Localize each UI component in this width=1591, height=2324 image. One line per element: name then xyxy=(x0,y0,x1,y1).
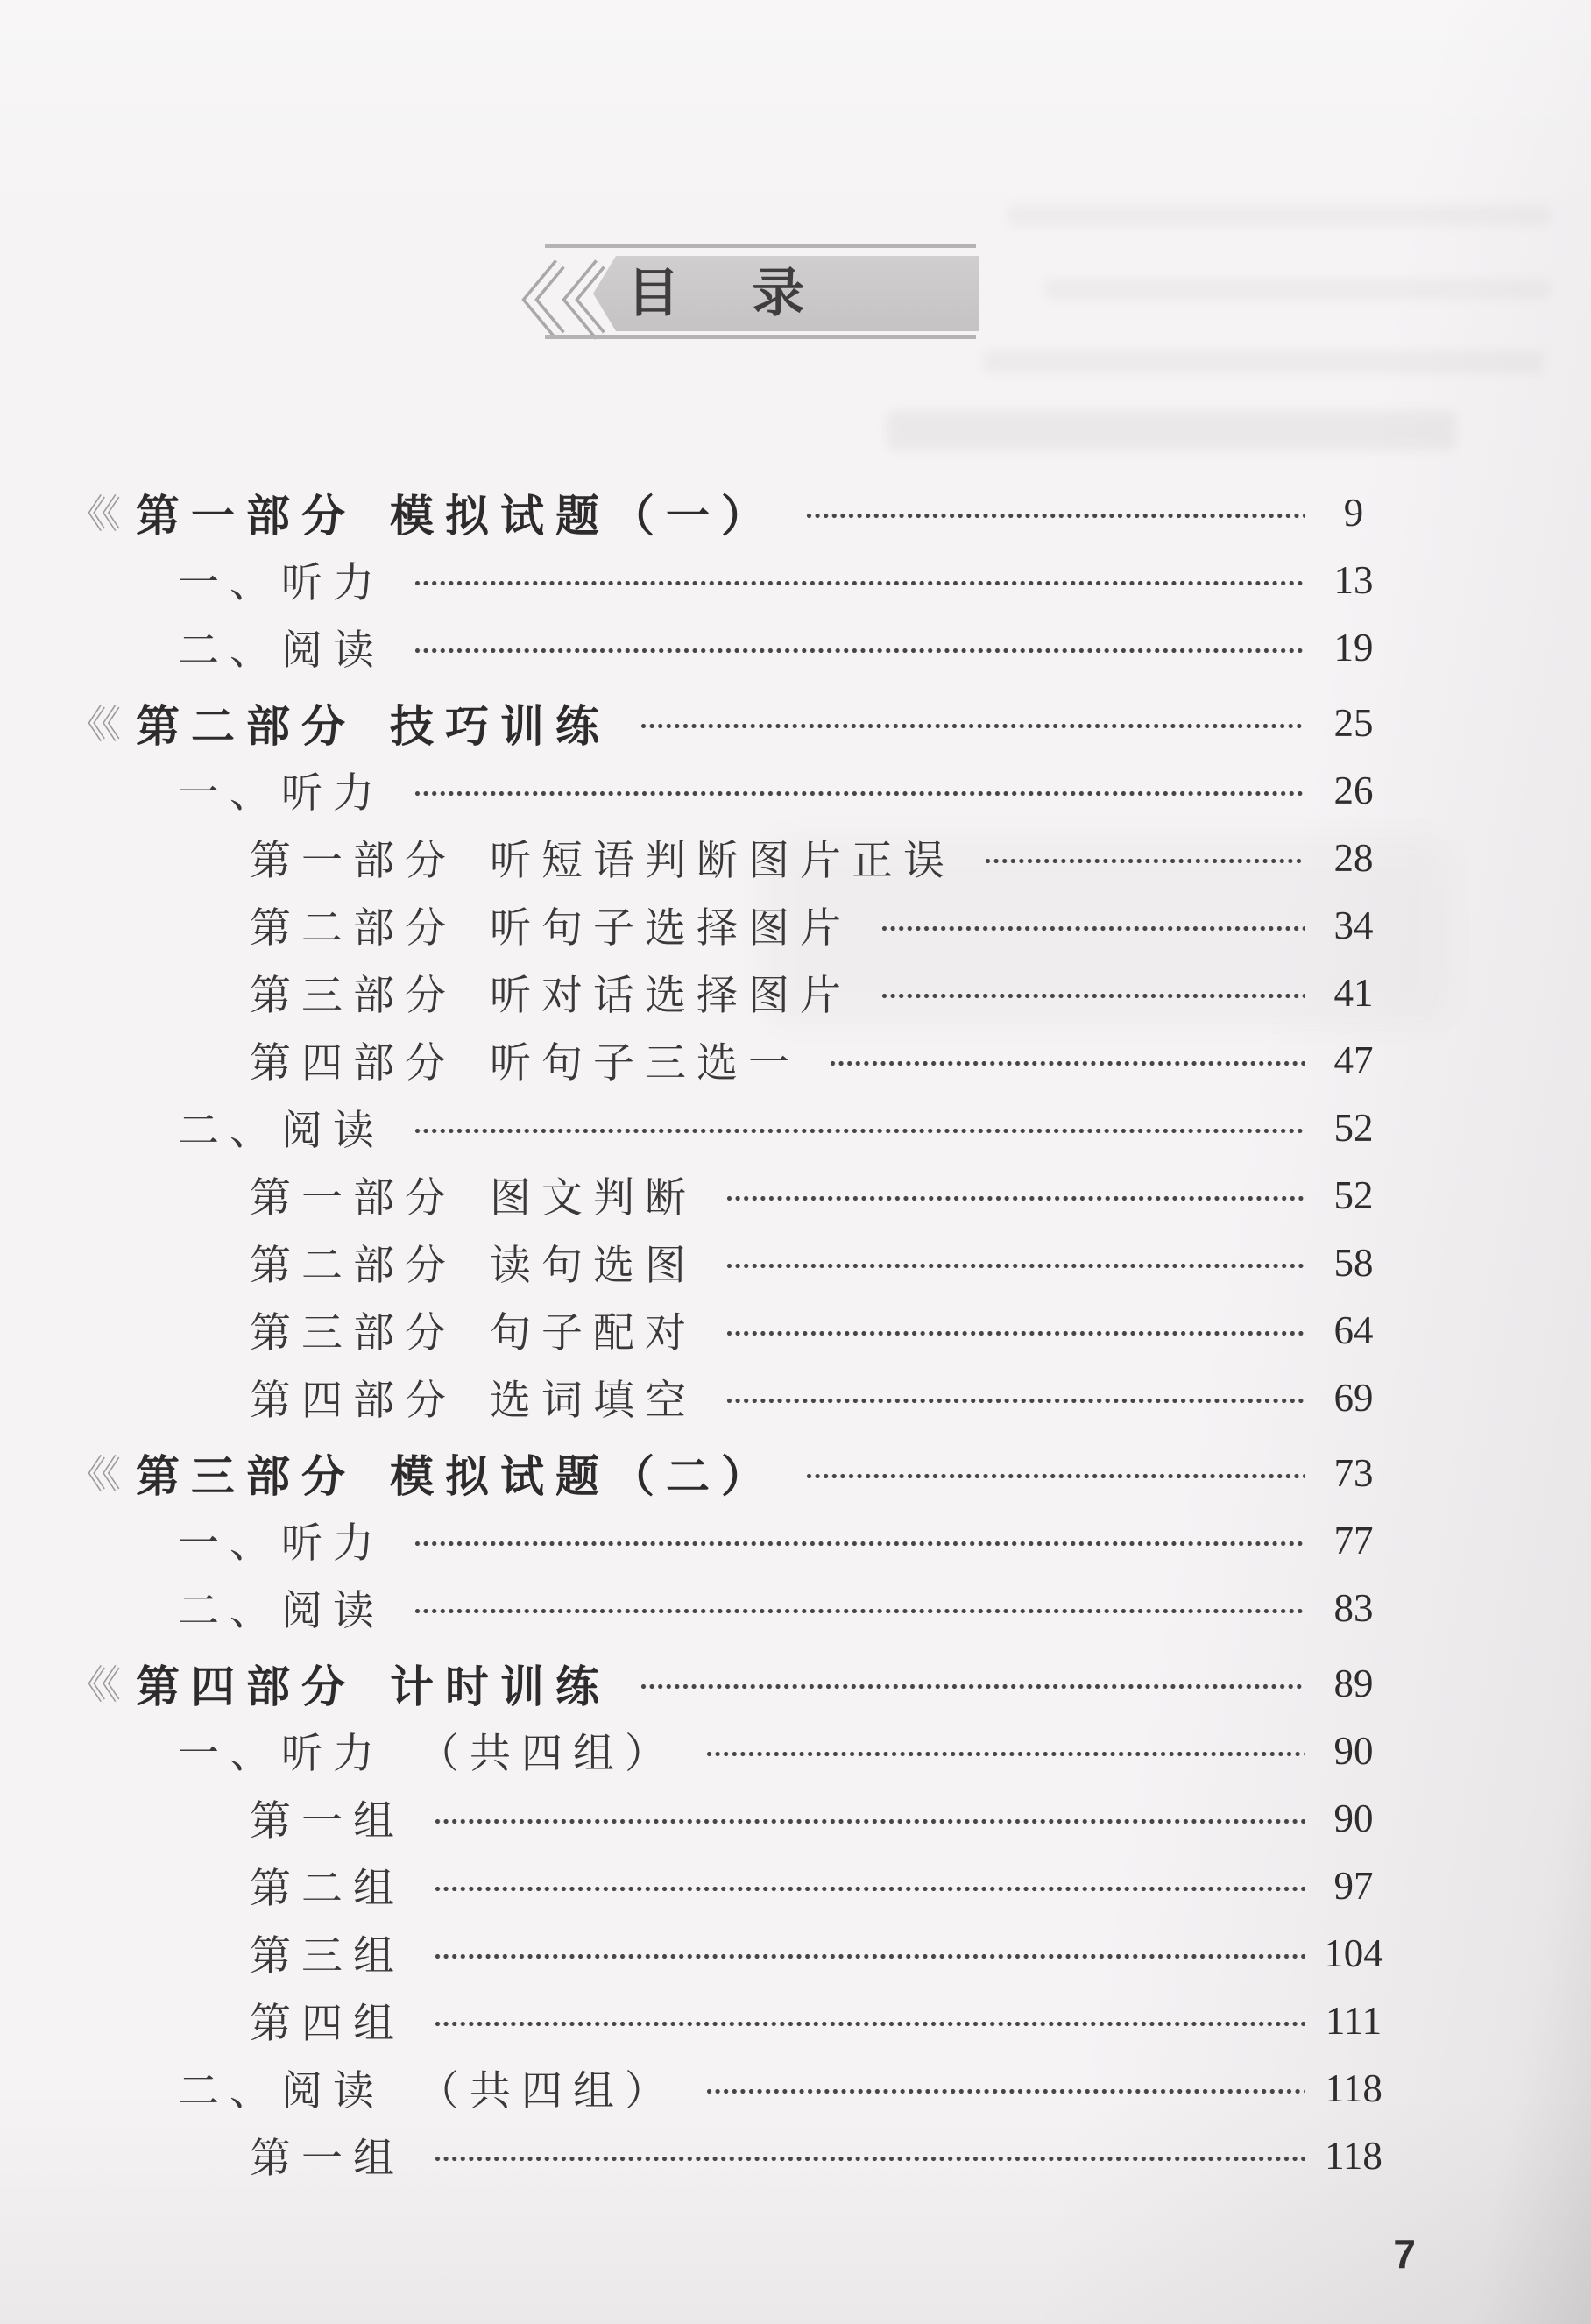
toc-row: 第一部分 图文判断 52 xyxy=(0,1161,1591,1229)
leader-dots xyxy=(435,2021,1305,2027)
leader-dots xyxy=(706,1751,1305,1757)
leader-dots xyxy=(640,1683,1305,1690)
toc-entry-title: 句子配对 xyxy=(490,1300,697,1359)
toc-entry-title: 读句选图 xyxy=(490,1233,697,1292)
toc-entry-label: 一、听力 xyxy=(178,550,385,609)
banner-top-rule xyxy=(545,244,976,248)
toc-entry-label: 一、听力 xyxy=(178,761,385,819)
toc-entry-title: 选词填空 xyxy=(490,1368,697,1427)
leader-dots xyxy=(414,790,1305,797)
leader-dots xyxy=(830,1060,1305,1066)
toc-entry-page-number: 64 xyxy=(1305,1307,1402,1353)
toc-entry-page-number: 26 xyxy=(1305,768,1402,813)
leader-dots xyxy=(640,723,1305,729)
leader-dots xyxy=(435,1886,1305,1892)
toc-row: 二、阅读 83 xyxy=(0,1574,1591,1641)
toc-entry-page-number: 69 xyxy=(1305,1375,1402,1421)
toc-row: 一、听力 13 xyxy=(0,546,1591,613)
toc-entry-page-number: 118 xyxy=(1305,2133,1402,2179)
leader-dots xyxy=(726,1330,1305,1336)
toc-row: 一、听力 26 xyxy=(0,756,1591,824)
leader-dots xyxy=(985,858,1305,864)
toc-row: 第二部分 听句子选择图片 34 xyxy=(0,891,1591,959)
leader-dots xyxy=(726,1263,1305,1269)
banner-band: 目 录 xyxy=(593,256,979,331)
toc-entry-label: 第一部分 xyxy=(250,828,456,887)
bleed-through-ghost xyxy=(1008,205,1551,226)
toc-entry-page-number: 73 xyxy=(1305,1450,1402,1496)
toc-entry-page-number: 52 xyxy=(1305,1105,1402,1151)
toc-row: 第四组 111 xyxy=(0,1987,1591,2054)
bleed-through-ghost xyxy=(887,410,1456,450)
leader-dots xyxy=(414,1128,1305,1134)
toc-entry-label: 二、阅读 xyxy=(178,618,385,677)
toc-entry-page-number: 52 xyxy=(1305,1173,1402,1218)
leader-dots xyxy=(435,1953,1305,1959)
leader-dots xyxy=(414,1608,1305,1614)
toc-row: 二、阅读 52 xyxy=(0,1094,1591,1161)
toc-entry-title: （共四组） xyxy=(418,1721,676,1780)
toc-entry-title: 听对话选择图片 xyxy=(490,963,852,1022)
toc-entry-page-number: 104 xyxy=(1305,1931,1402,1976)
toc-row: 一、听力 77 xyxy=(0,1506,1591,1574)
toc-entry-label: 第二部分 xyxy=(136,691,357,755)
toc-row: 第三组 104 xyxy=(0,1919,1591,1987)
toc-entry-page-number: 77 xyxy=(1305,1518,1402,1563)
bleed-through-ghost xyxy=(983,351,1544,373)
toc-entry-label: 第二组 xyxy=(250,1856,405,1915)
leader-dots xyxy=(806,513,1305,519)
toc-entry-title: 模拟试题（二） xyxy=(390,1442,776,1505)
toc-entry-page-number: 111 xyxy=(1305,1998,1402,2044)
toc-row: 第四部分 选词填空 69 xyxy=(0,1364,1591,1431)
toc-row: 第二部分 技巧训练 25 xyxy=(0,689,1591,756)
toc-row: 第三部分 听对话选择图片 41 xyxy=(0,959,1591,1026)
banner-bottom-rule xyxy=(545,335,976,339)
toc-row: 二、阅读 （共四组） 118 xyxy=(0,2054,1591,2122)
toc-entry-label: 第四部分 xyxy=(250,1368,456,1427)
toc-entry-title: 模拟试题（一） xyxy=(390,481,776,544)
toc-row: 第一部分 模拟试题（一） 9 xyxy=(0,478,1591,546)
leader-dots xyxy=(414,580,1305,586)
toc-entry-label: 第一组 xyxy=(250,2126,405,2185)
toc-entry-title: 图文判断 xyxy=(490,1166,697,1224)
toc-entry-page-number: 25 xyxy=(1305,700,1402,746)
toc-row: 第三部分 模拟试题（二） 73 xyxy=(0,1439,1591,1506)
toc-entry-label: 第二部分 xyxy=(250,1233,456,1292)
toc-entry-page-number: 90 xyxy=(1305,1728,1402,1774)
toc-row: 第四部分 计时训练 89 xyxy=(0,1649,1591,1717)
toc-entry-label: 第一部分 xyxy=(136,481,357,544)
toc-list: 第一部分 模拟试题（一） 9 一、听力 13 二、阅读 19 xyxy=(0,478,1591,2189)
toc-entry-label: 第四部分 xyxy=(136,1652,357,1715)
toc-entry-title: 听句子选择图片 xyxy=(490,896,852,954)
toc-entry-label: 第二部分 xyxy=(250,896,456,954)
leader-dots xyxy=(414,1541,1305,1547)
toc-entry-label: 第四组 xyxy=(250,1991,405,2050)
toc-entry-label: 第三部分 xyxy=(136,1442,357,1505)
toc-entry-page-number: 19 xyxy=(1305,625,1402,670)
toc-entry-label: 一、听力 xyxy=(178,1721,385,1780)
toc-row: 第一部分 听短语判断图片正误 28 xyxy=(0,824,1591,891)
section-chevron-icon xyxy=(83,492,127,533)
leader-dots xyxy=(806,1473,1305,1479)
toc-entry-title: （共四组） xyxy=(418,2058,676,2117)
toc-entry-label: 二、阅读 xyxy=(178,1098,385,1157)
toc-entry-title: 听句子三选一 xyxy=(490,1031,800,1089)
toc-entry-label: 第三组 xyxy=(250,1924,405,1982)
leader-dots xyxy=(881,925,1305,932)
leader-dots xyxy=(414,648,1305,654)
double-chevron-icon xyxy=(520,259,611,340)
toc-entry-label: 二、阅读 xyxy=(178,2058,385,2117)
toc-entry-page-number: 9 xyxy=(1305,490,1402,535)
footer-page-number: 7 xyxy=(1393,2230,1416,2278)
toc-entry-page-number: 118 xyxy=(1305,2065,1402,2111)
toc-row: 第二组 97 xyxy=(0,1852,1591,1919)
toc-entry-page-number: 58 xyxy=(1305,1240,1402,1286)
toc-row: 二、阅读 19 xyxy=(0,613,1591,681)
leader-dots xyxy=(706,2088,1305,2094)
section-chevron-icon xyxy=(83,703,127,743)
toc-row: 一、听力 （共四组） 90 xyxy=(0,1717,1591,1784)
toc-entry-title: 技巧训练 xyxy=(390,691,611,755)
toc-entry-page-number: 97 xyxy=(1305,1863,1402,1909)
toc-entry-page-number: 90 xyxy=(1305,1796,1402,1841)
leader-dots xyxy=(881,993,1305,999)
toc-entry-page-number: 83 xyxy=(1305,1585,1402,1631)
section-chevron-icon xyxy=(83,1663,127,1704)
toc-entry-label: 第一部分 xyxy=(250,1166,456,1224)
toc-entry-label: 第三部分 xyxy=(250,1300,456,1359)
toc-entry-label: 一、听力 xyxy=(178,1511,385,1569)
toc-entry-label: 二、阅读 xyxy=(178,1578,385,1637)
toc-entry-page-number: 13 xyxy=(1305,557,1402,603)
bleed-through-ghost xyxy=(1044,279,1551,300)
toc-row: 第二部分 读句选图 58 xyxy=(0,1229,1591,1296)
toc-row: 第一组 118 xyxy=(0,2122,1591,2189)
leader-dots xyxy=(726,1398,1305,1404)
section-chevron-icon xyxy=(83,1453,127,1493)
leader-dots xyxy=(435,2156,1305,2162)
toc-entry-label: 第三部分 xyxy=(250,963,456,1022)
toc-entry-label: 第四部分 xyxy=(250,1031,456,1089)
leader-dots xyxy=(726,1195,1305,1201)
toc-title-banner: 目 录 xyxy=(523,244,982,342)
toc-entry-title: 听短语判断图片正误 xyxy=(490,828,955,887)
toc-entry-page-number: 34 xyxy=(1305,903,1402,948)
toc-entry-page-number: 89 xyxy=(1305,1661,1402,1706)
toc-entry-title: 计时训练 xyxy=(390,1652,611,1715)
toc-entry-page-number: 28 xyxy=(1305,835,1402,881)
toc-entry-label: 第一组 xyxy=(250,1789,405,1847)
toc-page: 目 录 第一部分 模拟试题（一） 9 一、听力 13 xyxy=(0,0,1591,2324)
page-title: 目 录 xyxy=(627,264,823,322)
toc-row: 第三部分 句子配对 64 xyxy=(0,1296,1591,1364)
toc-row: 第一组 90 xyxy=(0,1784,1591,1852)
toc-entry-page-number: 47 xyxy=(1305,1038,1402,1083)
toc-row: 第四部分 听句子三选一 47 xyxy=(0,1026,1591,1094)
toc-entry-page-number: 41 xyxy=(1305,970,1402,1016)
leader-dots xyxy=(435,1818,1305,1824)
